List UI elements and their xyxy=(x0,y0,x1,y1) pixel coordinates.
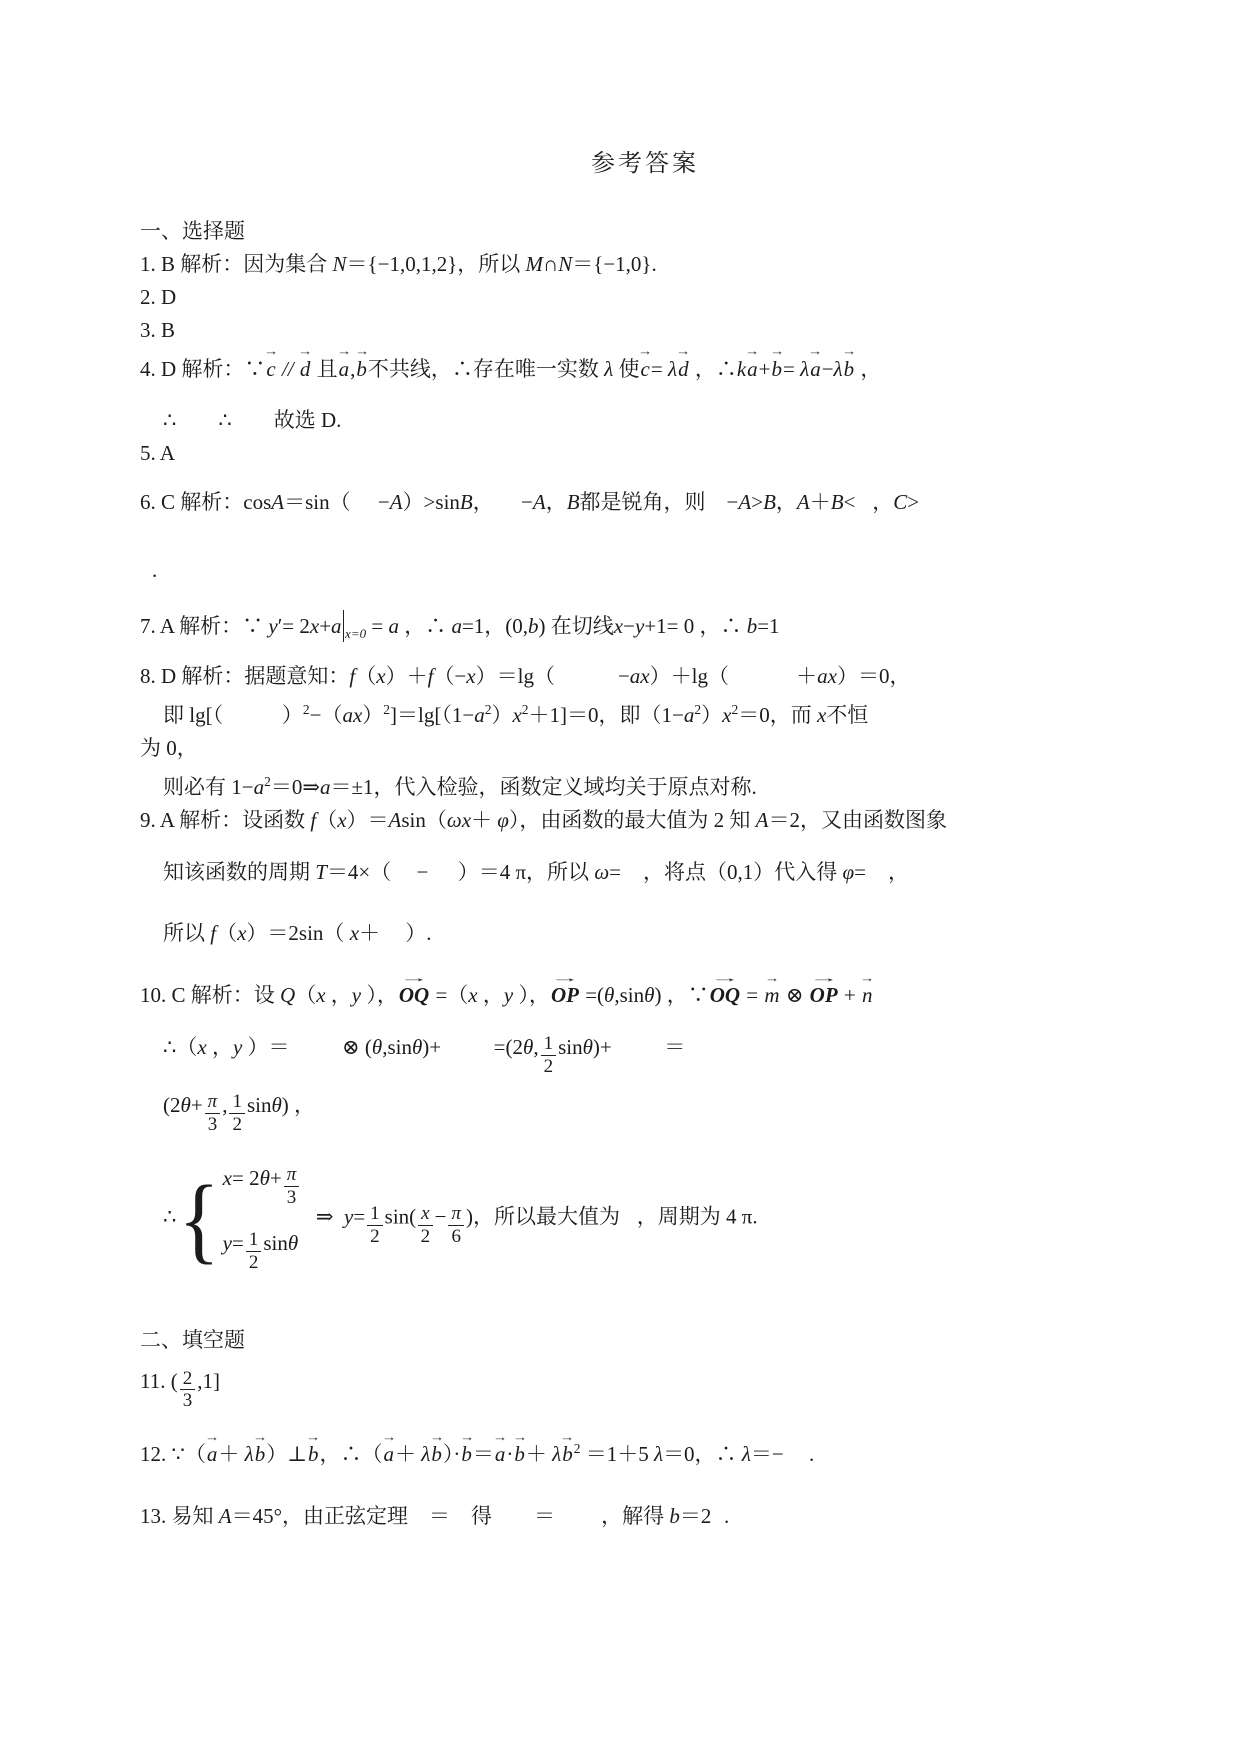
section-heading-fill: 二、填空题 xyxy=(140,1324,1180,1357)
vector-b: →b xyxy=(355,353,368,386)
vector-symbol: b xyxy=(461,1442,472,1466)
vector-a: →a xyxy=(382,1438,395,1471)
vector-OP: →OP xyxy=(550,979,580,1012)
math-variable: y xyxy=(233,1035,242,1059)
answer-10-line-1: 10. C 解析：设 Q（x ，y ），→OQ =（x ，y ），→OP =(θ… xyxy=(140,979,1180,1012)
math-variable: θ xyxy=(288,1230,298,1254)
answer-13: 13. 易知 A＝45°，由正弦定理＝得＝，解得 b＝2. xyxy=(140,1500,1180,1533)
math-variable: A xyxy=(533,490,546,514)
vector-symbol: d xyxy=(678,357,689,381)
math-variable: a xyxy=(451,614,462,638)
vector-symbol: c xyxy=(641,357,650,381)
math-variable: y xyxy=(268,614,277,638)
math-superscript: 2 xyxy=(303,702,310,717)
vector-a: →a xyxy=(809,353,822,386)
answer-10-line-2: ∴（x ，y ）＝⊗ (θ,sinθ)+=(2θ,12sinθ)+＝ xyxy=(163,1031,1180,1078)
math-superscript: 2 xyxy=(522,702,529,717)
fraction-denominator: 2 xyxy=(541,1056,557,1078)
math-variable: x xyxy=(512,703,521,727)
math-variable: b xyxy=(669,1504,680,1528)
math-variable: x xyxy=(350,921,359,945)
section-heading-choice: 一、选择题 xyxy=(140,215,1180,248)
math-variable: y xyxy=(504,983,513,1007)
vector-arrow-icon: → xyxy=(205,1431,220,1443)
vector-arrow-icon: → xyxy=(638,345,653,357)
fraction-denominator: 3 xyxy=(180,1390,196,1412)
vector-symbol: a xyxy=(495,1442,506,1466)
answer-4-line-1: 4. D 解析：∵→c // →d 且→a,→b不共线，∴存在唯一实数 λ 使→… xyxy=(140,353,1180,386)
math-variable: x xyxy=(376,664,385,688)
fraction-denominator: 2 xyxy=(229,1114,245,1136)
math-variable: A xyxy=(797,490,810,514)
vector-arrow-icon: → xyxy=(381,1431,396,1443)
answer-3: 3. B xyxy=(140,314,1180,347)
math-fraction: 23 xyxy=(180,1368,196,1413)
math-variable: A xyxy=(219,1504,232,1528)
math-variable: φ xyxy=(843,860,855,884)
vector-OQ: →OQ xyxy=(398,979,430,1012)
answer-8-line-1: 8. D 解析：据题意知：f（x）＋f（−x）＝lg（−ax）＋lg（＋ax）＝… xyxy=(140,660,1180,693)
vector-symbol: a xyxy=(383,1442,394,1466)
math-variable: f xyxy=(349,664,355,688)
vector-arrow-icon: → xyxy=(512,1431,527,1443)
math-variable: f xyxy=(210,921,216,945)
answer-10-line-4: ∴{x= 2θ+π3y=12sinθ⇒y=12sin(x2−π6)，所以最大值为… xyxy=(163,1164,1180,1273)
fraction-denominator: 2 xyxy=(367,1226,383,1248)
vector-d: →d xyxy=(299,353,312,386)
math-fraction: π3 xyxy=(205,1091,221,1136)
fraction-numerator: 1 xyxy=(541,1033,557,1056)
fraction-numerator: x xyxy=(418,1203,432,1226)
math-variable: b xyxy=(528,614,539,638)
math-variable: θ xyxy=(372,1035,382,1059)
fraction-denominator: 3 xyxy=(205,1114,221,1136)
answer-9-line-3: 所以 f（x）＝2sin（ x＋）. xyxy=(163,917,1180,950)
math-fraction: 12 xyxy=(246,1229,262,1274)
math-variable: λ xyxy=(245,1442,254,1466)
math-variable: B xyxy=(567,490,580,514)
math-superscript: 2 xyxy=(485,702,492,717)
vector-arrow-icon: → xyxy=(765,972,780,984)
math-fraction: x2 xyxy=(418,1203,432,1248)
math-variable: x xyxy=(462,808,471,832)
math-variable: a xyxy=(331,614,342,638)
fraction-numerator: π xyxy=(205,1091,221,1114)
vector-a: →a xyxy=(746,353,759,386)
math-variable: λ xyxy=(742,1442,751,1466)
vector-b: →b xyxy=(513,1438,526,1471)
vector-arrow-icon: → xyxy=(429,1431,444,1443)
vector-b: →b xyxy=(843,353,856,386)
system-row: y=12sinθ xyxy=(223,1229,302,1274)
math-variable: ax xyxy=(342,703,362,727)
math-variable: λ xyxy=(552,1442,561,1466)
math-subscript: x=0 xyxy=(345,626,366,641)
math-variable: B xyxy=(831,490,844,514)
vector-b: →b xyxy=(561,1438,574,1471)
math-variable: x xyxy=(817,703,826,727)
math-variable: λ xyxy=(421,1442,430,1466)
math-variable: x xyxy=(614,614,623,638)
math-variable: λ xyxy=(800,357,809,381)
math-variable: ax xyxy=(630,664,650,688)
math-variable: // xyxy=(282,357,294,381)
vector-arrow-icon: → xyxy=(354,345,369,357)
answer-7: 7. A 解析：∵ y′= 2x+ax=0 = a ，∴ a=1，(0,b) 在… xyxy=(140,610,1180,650)
math-variable: ω xyxy=(594,860,609,884)
math-variable: N xyxy=(333,252,347,276)
vector-OP: →OP xyxy=(809,979,839,1012)
document-body: 一、选择题1. B 解析：因为集合 N＝{−1,0,1,2}，所以 M∩N＝{−… xyxy=(140,215,1180,1533)
math-variable: ω xyxy=(447,808,462,832)
math-variable: Q xyxy=(280,983,295,1007)
math-variable: A xyxy=(389,808,402,832)
math-superscript: 2 xyxy=(383,702,390,717)
fraction-numerator: 2 xyxy=(180,1368,196,1391)
vector-arrow-icon: → xyxy=(842,345,857,357)
vector-arrow-icon: → xyxy=(860,972,875,984)
answer-2: 2. D xyxy=(140,281,1180,314)
answer-4-line-2: ∴∴故选 D. xyxy=(163,404,1180,437)
vector-symbol: a xyxy=(207,1442,218,1466)
vector-arrow-icon: → xyxy=(769,345,784,357)
answer-8-line-3: 为 0， xyxy=(140,732,1180,765)
math-variable: C xyxy=(893,490,907,514)
vector-symbol: b xyxy=(771,357,782,381)
math-fraction: 12 xyxy=(541,1033,557,1078)
vector-symbol: OP xyxy=(551,983,579,1007)
math-fraction: 12 xyxy=(367,1203,383,1248)
math-variable: θ xyxy=(260,1166,270,1190)
math-variable: θ xyxy=(181,1093,191,1117)
math-variable: T xyxy=(315,860,327,884)
math-variable: θ xyxy=(523,1035,533,1059)
answer-11: 11. (23,1] xyxy=(140,1365,1180,1412)
math-variable: x xyxy=(337,808,346,832)
math-variable: y xyxy=(352,983,361,1007)
fraction-numerator: 1 xyxy=(246,1229,262,1252)
math-variable: θ xyxy=(271,1093,281,1117)
vector-b: →b xyxy=(307,1438,320,1471)
vector-symbol: OP xyxy=(810,983,838,1007)
system-rows: x= 2θ+π3y=12sinθ xyxy=(223,1164,302,1273)
math-variable: θ xyxy=(583,1035,593,1059)
math-variable: N xyxy=(558,252,572,276)
vector-OQ: →OQ xyxy=(709,979,741,1012)
math-variable: A xyxy=(756,808,769,832)
vector-symbol: c xyxy=(266,357,275,381)
vector-arrow-icon: → xyxy=(550,972,579,984)
vector-symbol: b xyxy=(356,357,367,381)
vector-b: →b xyxy=(460,1438,473,1471)
math-variable: a xyxy=(388,614,399,638)
math-fraction: π3 xyxy=(284,1164,300,1209)
math-variable: y xyxy=(344,1204,353,1228)
answer-6-line-1: 6. C 解析：cosA＝sin（−A）>sinB，−A，B都是锐角，则−A>B… xyxy=(140,486,1180,519)
vector-symbol: a xyxy=(339,357,350,381)
math-variable: x xyxy=(466,664,475,688)
math-variable: A xyxy=(271,490,284,514)
vector-n: →n xyxy=(861,979,874,1012)
vector-symbol: d xyxy=(300,357,311,381)
vector-c: →c xyxy=(640,353,651,386)
math-fraction: 12 xyxy=(229,1091,245,1136)
math-variable: y xyxy=(223,1230,232,1254)
math-variable: θ xyxy=(412,1035,422,1059)
vector-m: →m xyxy=(763,979,780,1012)
vector-arrow-icon: → xyxy=(337,345,352,357)
math-variable: y xyxy=(635,614,644,638)
answer-12: 12. ∵（→a＋ λ→b）⊥→b，∴（→a＋ λ→b）·→b＝→a·→b＋ λ… xyxy=(140,1432,1180,1471)
vector-symbol: b xyxy=(308,1442,319,1466)
answer-8-line-2: 即 lg[（）2−（ax）2]＝lg[（1−a2）x2＋1]＝0，即（1−a2）… xyxy=(163,693,1180,732)
evaluation-bar xyxy=(343,610,345,642)
vector-symbol: OQ xyxy=(710,983,740,1007)
answer-6-line-2: . xyxy=(152,554,1180,587)
vector-arrow-icon: → xyxy=(253,1431,268,1443)
fraction-denominator: 2 xyxy=(418,1226,432,1248)
answer-9-line-2: 知该函数的周期 T＝4×（−）＝4 π，所以 ω= ，将点（0,1）代入得 φ=… xyxy=(163,856,1180,889)
vector-arrow-icon: → xyxy=(459,1431,474,1443)
math-variable: φ xyxy=(497,808,509,832)
math-variable: a xyxy=(684,703,695,727)
math-variable: f xyxy=(428,664,434,688)
answer-9-line-1: 9. A 解析：设函数 f（x）＝Asin（ωx＋ φ），由函数的最大值为 2 … xyxy=(140,804,1180,837)
answer-10-line-3: (2θ+π3,12sinθ) ， xyxy=(163,1089,1180,1136)
vector-symbol: b xyxy=(844,357,855,381)
fraction-denominator: 3 xyxy=(284,1187,300,1209)
math-variable: θ xyxy=(644,983,654,1007)
vector-arrow-icon: → xyxy=(399,972,428,984)
math-variable: B xyxy=(763,490,776,514)
vector-symbol: b xyxy=(255,1442,266,1466)
answer-5: 5. A xyxy=(140,437,1180,470)
vector-arrow-icon: → xyxy=(809,972,838,984)
equation-system: {x= 2θ+π3y=12sinθ xyxy=(178,1164,301,1273)
fraction-denominator: 6 xyxy=(448,1226,464,1248)
fraction-numerator: 1 xyxy=(229,1091,245,1114)
math-variable: A xyxy=(390,490,403,514)
math-variable: x xyxy=(223,1166,232,1190)
vector-b: →b xyxy=(254,1438,267,1471)
math-superscript: 2 xyxy=(694,702,701,717)
math-variable: a xyxy=(474,703,485,727)
math-variable: λ xyxy=(834,357,843,381)
math-superscript: 2 xyxy=(574,1441,581,1456)
vector-b: →b xyxy=(770,353,783,386)
math-variable: λ xyxy=(654,1442,663,1466)
math-variable: x xyxy=(316,983,325,1007)
answer-8-line-4: 则必有 1−a2＝0⇒a＝±1，代入检验，函数定义域均关于原点对称. xyxy=(163,765,1180,804)
fraction-denominator: 2 xyxy=(246,1252,262,1274)
vector-symbol: b xyxy=(514,1442,525,1466)
vector-arrow-icon: → xyxy=(298,345,313,357)
fraction-numerator: 1 xyxy=(367,1203,383,1226)
math-variable: λ xyxy=(668,357,677,381)
answer-sheet-page: 参考答案 一、选择题1. B 解析：因为集合 N＝{−1,0,1,2}，所以 M… xyxy=(0,0,1240,1533)
math-variable: M xyxy=(526,252,544,276)
math-variable: f xyxy=(310,808,316,832)
math-variable: a xyxy=(320,775,331,799)
math-variable: k xyxy=(737,357,746,381)
vector-arrow-icon: → xyxy=(710,972,739,984)
vector-arrow-icon: → xyxy=(676,345,691,357)
math-variable: λ xyxy=(604,357,613,381)
math-variable: x xyxy=(310,614,319,638)
page-title: 参考答案 xyxy=(110,148,1180,181)
system-brace: { xyxy=(178,1170,219,1266)
vector-symbol: b xyxy=(431,1442,442,1466)
fraction-numerator: π xyxy=(284,1164,300,1187)
vector-a: →a xyxy=(494,1438,507,1471)
vector-arrow-icon: → xyxy=(264,345,279,357)
vector-arrow-icon: → xyxy=(808,345,823,357)
system-row: x= 2θ+π3 xyxy=(223,1164,302,1209)
math-variable: a xyxy=(254,775,265,799)
vector-a: →a xyxy=(338,353,351,386)
math-variable: B xyxy=(460,490,473,514)
vector-symbol: OQ xyxy=(399,983,429,1007)
math-variable: x xyxy=(197,1035,206,1059)
vector-symbol: m xyxy=(764,983,779,1007)
vector-b: →b xyxy=(430,1438,443,1471)
vector-arrow-icon: → xyxy=(745,345,760,357)
math-variable: ax xyxy=(817,664,837,688)
math-superscript: 2 xyxy=(264,774,271,789)
math-variable: A xyxy=(738,490,751,514)
fraction-numerator: π xyxy=(448,1203,464,1226)
math-variable: b xyxy=(747,614,758,638)
answer-1: 1. B 解析：因为集合 N＝{−1,0,1,2}，所以 M∩N＝{−1,0}. xyxy=(140,248,1180,281)
math-superscript: 2 xyxy=(731,702,738,717)
vector-arrow-icon: → xyxy=(493,1431,508,1443)
math-fraction: π6 xyxy=(448,1203,464,1248)
vector-symbol: a xyxy=(747,357,758,381)
vector-arrow-icon: → xyxy=(560,1431,575,1443)
vector-symbol: n xyxy=(862,983,873,1007)
vector-symbol: a xyxy=(810,357,821,381)
math-variable: x xyxy=(237,921,246,945)
vector-symbol: b xyxy=(562,1442,573,1466)
vector-d: →d xyxy=(677,353,690,386)
vector-c: →c xyxy=(265,353,276,386)
vector-a: →a xyxy=(206,1438,219,1471)
math-variable: x xyxy=(468,983,477,1007)
vector-arrow-icon: → xyxy=(306,1431,321,1443)
math-variable: θ xyxy=(604,983,614,1007)
